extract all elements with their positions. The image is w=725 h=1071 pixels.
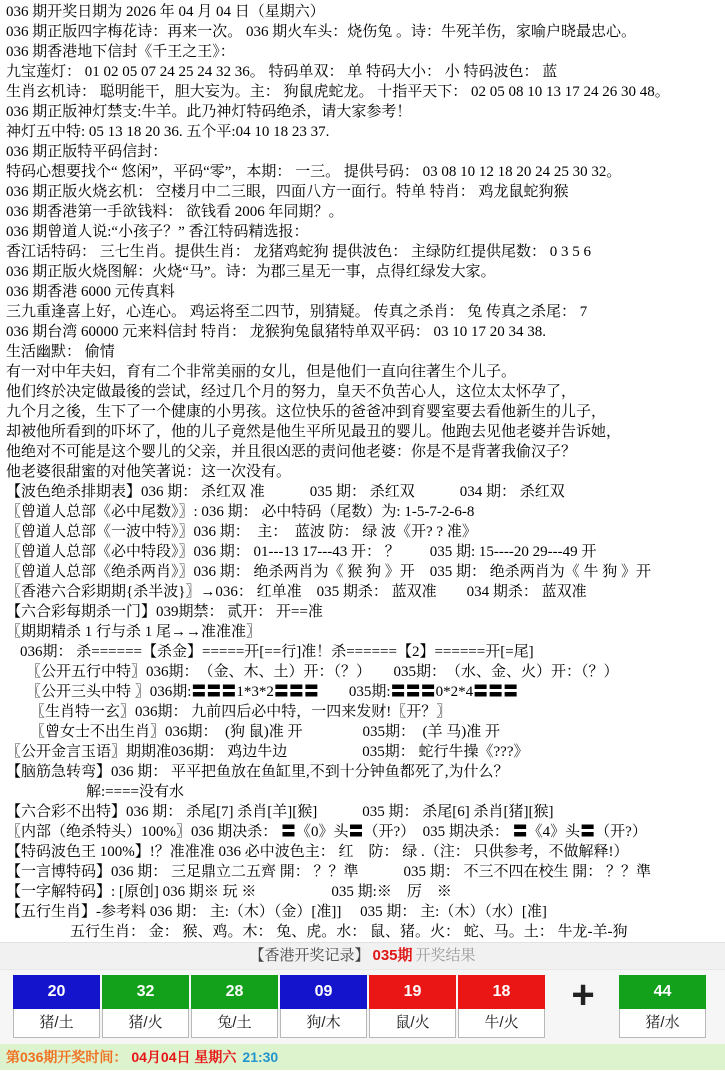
- ball-number: 18: [458, 975, 545, 1009]
- lottery-tips-text: 036 期开奖日期为 2026 年 04 月 04 日（星期六）036 期正版四…: [0, 0, 725, 942]
- ball-number: 28: [191, 975, 278, 1009]
- result-ball: 18牛/火: [458, 975, 545, 1038]
- text-line: 〖内部（绝杀特头）100%〗036 期决杀： 〓《0》头〓（开?） 035 期决…: [6, 822, 725, 842]
- result-ball: 09狗/木: [280, 975, 367, 1038]
- next-draw-footer: 第036期开奖时间：04月04日 星期六21:30: [0, 1044, 725, 1070]
- page: 036 期开奖日期为 2026 年 04 月 04 日（星期六）036 期正版四…: [0, 0, 725, 1070]
- results-issue-badge: 035期: [372, 947, 412, 964]
- next-draw-date: 04月04日 星期六: [131, 1049, 236, 1065]
- text-line: 神灯五中特: 05 13 18 20 36. 五个平:04 10 18 23 3…: [6, 122, 725, 142]
- ball-zodiac-element: 鼠/火: [369, 1009, 456, 1038]
- draw-results-header: 【香港开奖记录】035期开奖结果: [0, 942, 725, 970]
- text-line: 九个月之後，生下了一个健康的小男孩。这位快乐的爸爸冲到育婴室要去看他新生的儿子，: [6, 402, 725, 422]
- text-line: 036 期台湾 60000 元来料信封 特肖： 龙猴狗兔鼠猪特单双平码： 03 …: [6, 322, 725, 342]
- text-line: 他绝对不可能是这个婴儿的父亲，并且很凶恶的责问他老婆：你是不是背著我偷汉子？: [6, 442, 725, 462]
- text-line: 036 期正版火烧玄机： 空楼月中二三眼，四面八方一面行。特单 特肖： 鸡龙鼠蛇…: [6, 182, 725, 202]
- result-ball: 28兔/土: [191, 975, 278, 1038]
- text-line: 036 期正版火烧图解：火烧“马”。诗：为郡三星无一事，点得红绿发大家。: [6, 262, 725, 282]
- text-line: 九宝莲灯： 01 02 05 07 24 25 24 32 36。 特码单双： …: [6, 62, 725, 82]
- text-line: 036 期正版神灯禁支:牛羊。此乃神灯特码绝杀，请大家参考！: [6, 102, 725, 122]
- next-draw-label: 第036期开奖时间：: [6, 1049, 127, 1065]
- ball-zodiac-element: 猪/火: [102, 1009, 189, 1038]
- ball-number: 44: [619, 975, 706, 1009]
- text-line: 香江话特码： 三七生肖。提供生肖： 龙猪鸡蛇狗 提供波色： 主绿防红提供尾数： …: [6, 242, 725, 262]
- results-title: 【香港开奖记录】: [249, 947, 369, 964]
- next-draw-time: 21:30: [242, 1049, 278, 1065]
- text-line: 生活幽默： 偷情: [6, 342, 725, 362]
- ball-number: 09: [280, 975, 367, 1009]
- text-line: 〖曾女士不出生肖〗036期： (狗 鼠)准 开 035期： (羊 马)准 开: [6, 722, 725, 742]
- text-line: 【脑筋急转弯】036 期： 平平把鱼放在鱼缸里,不到十分钟鱼都死了,为什么？: [6, 762, 725, 782]
- text-line: 〖曾道人总部《必中尾数》〗: 036 期： 必中特码（尾数）为: 1-5-7-2…: [6, 502, 725, 522]
- draw-results-section: 【香港开奖记录】035期开奖结果 20猪/土32猪/火28兔/土09狗/木19鼠…: [0, 942, 725, 1044]
- text-line: 【六合彩每期杀一门】039期禁： 贰开： 开==准: [6, 602, 725, 622]
- text-line: 〖公开金言玉语〗期期准036期： 鸡边牛边 035期： 蛇行牛操《???》: [6, 742, 725, 762]
- text-line: 有一对中年夫妇，育有二个非常美丽的女儿，但是他们一直向往著生个儿子。: [6, 362, 725, 382]
- text-line: 五行生肖： 金： 猴、鸡。木： 兔、虎。水： 鼠、猪。火： 蛇、马。土： 牛龙-…: [6, 922, 725, 942]
- text-line: 他们终於决定做最後的尝试，经过几个月的努力，皇天不负苦心人，这位太太怀孕了，: [6, 382, 725, 402]
- text-line: 〖生肖特一玄〗036期： 九前四后必中特，一四来发财!〖开？〗: [6, 702, 725, 722]
- text-line: 【五行生肖】-参考料 036 期： 主:（木）（金）[准]] 035 期： 主:…: [6, 902, 725, 922]
- text-line: 他老婆很甜蜜的对他笑著说：这一次没有。: [6, 462, 725, 482]
- plus-separator: +: [547, 975, 619, 1015]
- ball-zodiac-element: 猪/水: [619, 1009, 706, 1038]
- result-ball: 32猪/火: [102, 975, 189, 1038]
- text-line: 〖期期精杀 1 行与杀 1 尾→→准准准〗: [6, 622, 725, 642]
- ball-zodiac-element: 牛/火: [458, 1009, 545, 1038]
- text-line: 却被他所看到的吓坏了，他的儿子竟然是他生平所见最丑的婴儿。他跑去见他老婆并告诉她…: [6, 422, 725, 442]
- text-line: 036 期正版四字梅花诗：再来一次。 036 期火车头：烧伤兔 。诗：牛死羊伤，…: [6, 22, 725, 42]
- text-line: 036 期开奖日期为 2026 年 04 月 04 日（星期六）: [6, 2, 725, 22]
- text-line: 〖公开五行中特〗036期： （金、木、土）开：（？） 035期： （水、金、火）…: [6, 662, 725, 682]
- plus-icon: +: [571, 975, 594, 1015]
- text-line: 解:====没有水: [6, 782, 725, 802]
- draw-balls-row: 20猪/土32猪/火28兔/土09狗/木19鼠/火18牛/火+44猪/水: [0, 970, 725, 1038]
- text-line: 036 期正版特平码信封：: [6, 142, 725, 162]
- text-line: 三九重逢喜上好，心连心。 鸡运将至二四节，别猜疑。 传真之杀肖： 兔 传真之杀尾…: [6, 302, 725, 322]
- ball-number: 20: [13, 975, 100, 1009]
- result-ball: 20猪/土: [13, 975, 100, 1038]
- text-line: 特码心想要找个“ 悠闲”，平码“零”，本期： 一三。 提供号码： 03 08 1…: [6, 162, 725, 182]
- text-line: 〖曾道人总部《绝杀两肖》〗036 期： 绝杀两肖为《 猴 狗 》开 035 期：…: [6, 562, 725, 582]
- text-line: 036 期曾道人说:“小孩子？” 香江特码精选报：: [6, 222, 725, 242]
- text-line: 〖公开三头中特 〗036期:〓〓〓1*3*2〓〓〓 035期:〓〓〓0*2*4〓…: [6, 682, 725, 702]
- text-line: 036 期香港第一手欲钱料： 欲钱看 2006 年同期？。: [6, 202, 725, 222]
- text-line: 【一言博特码】036 期： 三足鼎立二五齊 開： ？？準 035 期： 不三不四…: [6, 862, 725, 882]
- ball-number: 32: [102, 975, 189, 1009]
- text-line: 036 期香港地下信封《千王之王》：: [6, 42, 725, 62]
- result-ball: 44猪/水: [619, 975, 706, 1038]
- text-line: 〖香港六合彩期期{杀半波}〗→036： 红单准 035 期杀： 蓝双准 034 …: [6, 582, 725, 602]
- text-line: 【一字解特码】: [原创] 036 期※ 玩 ※ 035 期:※ 厉 ※: [6, 882, 725, 902]
- text-line: 〖曾道人总部《必中特段》〗036 期： 01---13 17---43 开： ？…: [6, 542, 725, 562]
- text-line: 【波色绝杀排期表】036 期： 杀红双 准 035 期： 杀红双 034 期： …: [6, 482, 725, 502]
- text-line: 〖曾道人总部《一波中特》〗036 期： 主： 蓝波 防： 绿 波《开? ? 准》: [6, 522, 725, 542]
- text-line: 036 期香港 6000 元传真料: [6, 282, 725, 302]
- ball-number: 19: [369, 975, 456, 1009]
- text-line: 生肖玄机诗： 聪明能干，胆大妄为。主： 狗鼠虎蛇龙。 十指平天下： 02 05 …: [6, 82, 725, 102]
- text-line: 036期： 杀======【杀金】=====开[==行]准！杀======【2】…: [6, 642, 725, 662]
- results-suffix: 开奖结果: [416, 947, 476, 964]
- ball-zodiac-element: 狗/木: [280, 1009, 367, 1038]
- ball-zodiac-element: 兔/土: [191, 1009, 278, 1038]
- text-line: 【六合彩不出特】036 期： 杀尾[7] 杀肖[羊][猴] 035 期： 杀尾[…: [6, 802, 725, 822]
- ball-zodiac-element: 猪/土: [13, 1009, 100, 1038]
- text-line: 【特码波色王 100%】!？准准准 036 必中波色主： 红 防： 绿 .（注：…: [6, 842, 725, 862]
- result-ball: 19鼠/火: [369, 975, 456, 1038]
